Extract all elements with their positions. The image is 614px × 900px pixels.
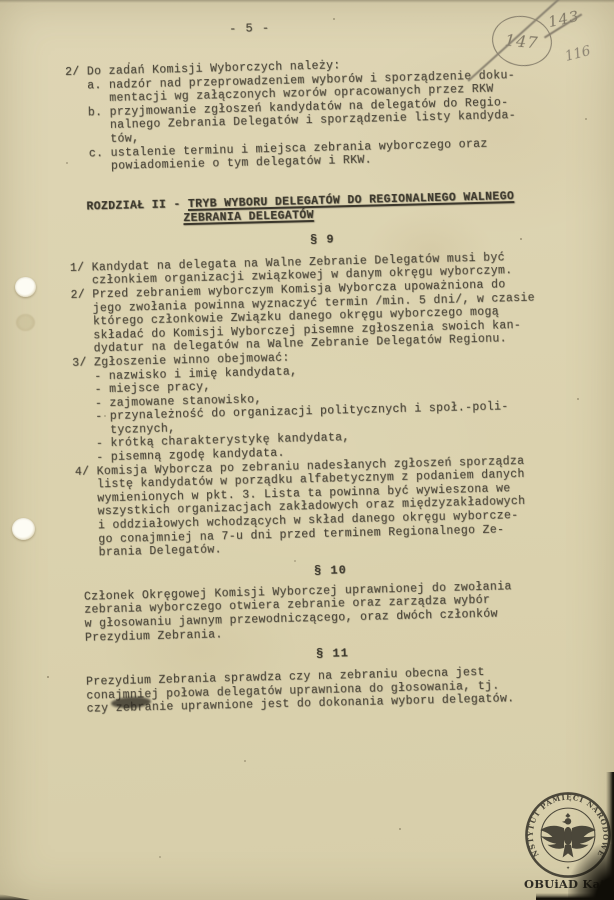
page-corner-shadow (568, 844, 614, 900)
paragraph-9-body: 1/ Kandydat na delegata na Walne Zebrani… (70, 249, 583, 560)
typewritten-content: - 5 - 2/ Do zadań Komisji Wyborczych nal… (64, 14, 587, 717)
chapter-label: ROZDZIAŁ II - (86, 198, 188, 213)
paper-specks (0, 0, 2, 2)
paragraph-11-body: Prezydium Zebrania sprawdza czy na zebra… (80, 664, 587, 717)
punch-hole-bottom (12, 518, 35, 540)
document-page: - 5 - 2/ Do zadań Komisji Wyborczych nal… (0, 0, 614, 900)
page-edge-top (0, 0, 614, 3)
page-corner-left-shadow (0, 894, 30, 900)
heading-indent (87, 221, 184, 223)
paragraph-10-body: Członek Okręgowej Komisji Wyborczej upra… (78, 578, 585, 645)
paragraph-11-label: § 11 (79, 641, 585, 667)
paragraph-9-label: § 9 (69, 226, 575, 252)
chapter-title-line2: ZEBRANIA DELEGATÓW (183, 209, 314, 225)
chapter-title-line1: TRYB WYBORU DELEGATÓW DO REGIONALNEGO WA… (188, 190, 515, 211)
punch-hole-top (15, 277, 36, 297)
chapter-heading: ROZDZIAŁ II - TRYB WYBORU DELEGATÓW DO R… (68, 188, 575, 229)
punch-hole-faint (16, 314, 35, 331)
commission-tasks-list: 2/ Do zadań Komisji Wyborczych należy: a… (65, 54, 574, 175)
pencil-number-crossed: 143 (546, 7, 581, 31)
